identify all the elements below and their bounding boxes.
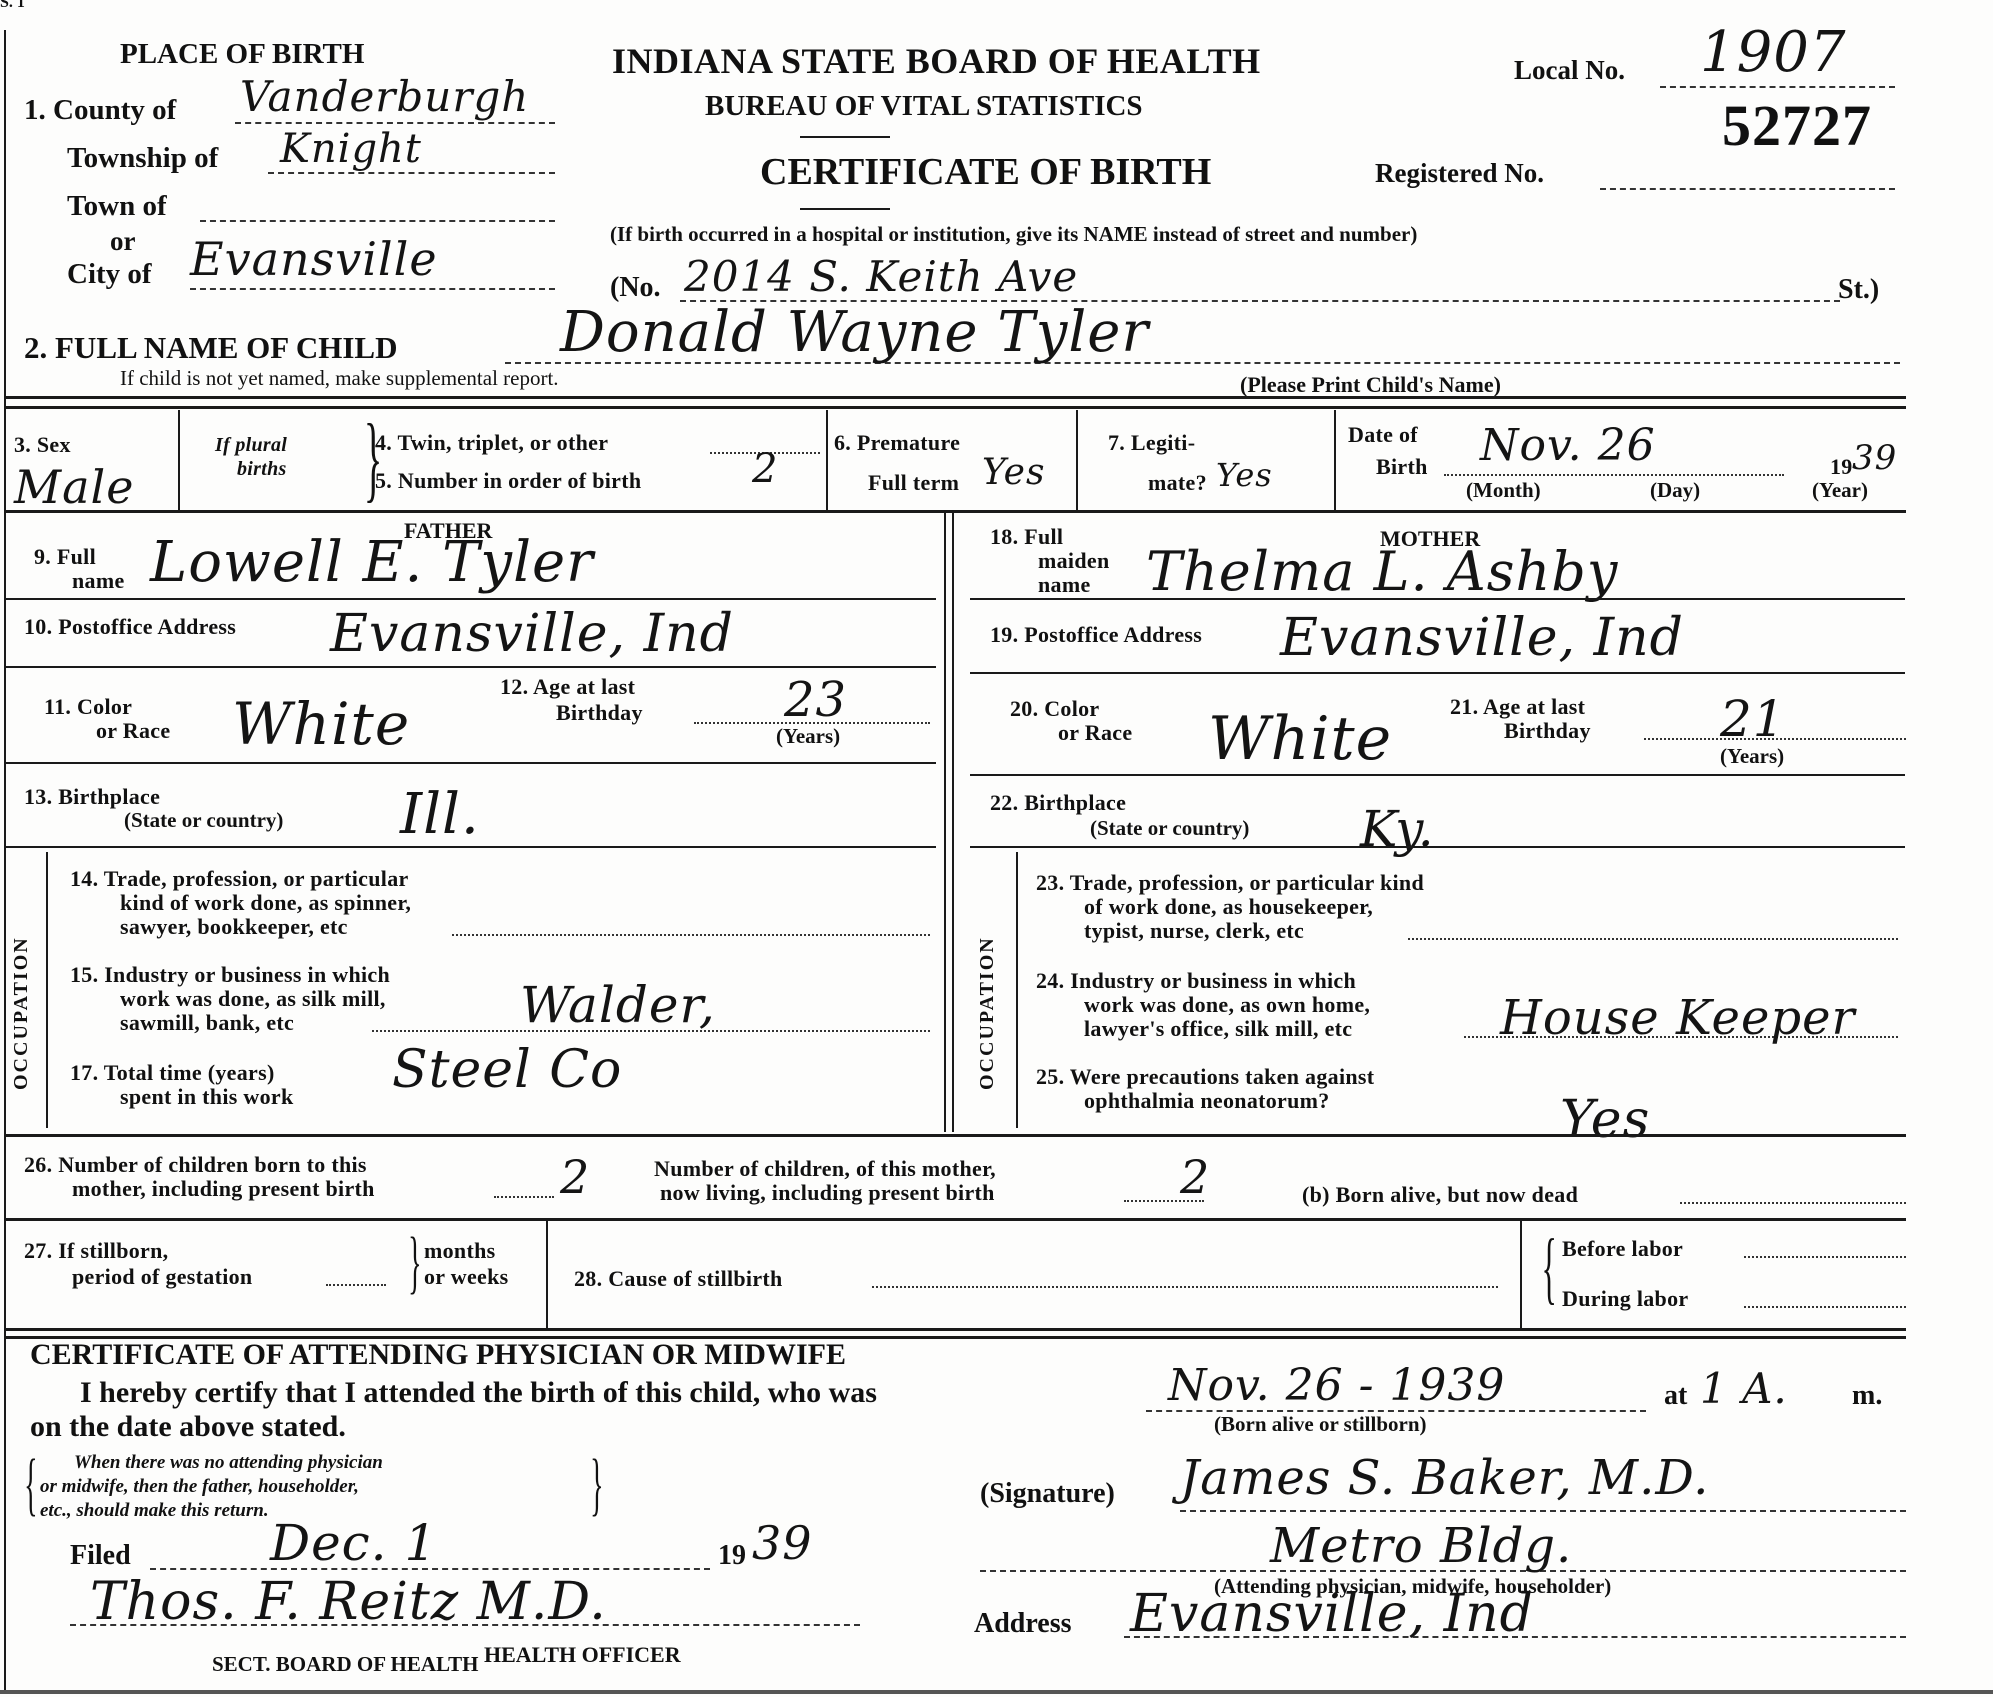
father-name-label-1: 9. Full: [34, 544, 96, 570]
month-caption: (Month): [1466, 478, 1541, 503]
born-caption: (Born alive or stillborn): [1214, 1412, 1427, 1437]
mother-address-value: Evansville, Ind: [1280, 608, 1684, 668]
mother-name-label-3: name: [1038, 572, 1091, 598]
mother-industry-label-3: lawyer's office, silk mill, etc: [1084, 1016, 1352, 1042]
note-line-3: etc., should make this return.: [40, 1500, 269, 1522]
town-label: Town of: [67, 190, 167, 223]
mother-industry-value: House Keeper: [1500, 990, 1855, 1046]
father-age-label-2: Birthday: [556, 700, 643, 726]
left-border: [4, 30, 6, 1690]
mother-precaution-value: Yes: [1560, 1090, 1650, 1150]
father-address-label: 10. Postoffice Address: [24, 614, 236, 640]
at-label: at: [1664, 1380, 1687, 1412]
physician-heading: CERTIFICATE OF ATTENDING PHYSICIAN OR MI…: [30, 1338, 846, 1372]
stamp-number: 52727: [1722, 92, 1872, 159]
signature-line: [1180, 1510, 1906, 1512]
father-name-value: Lowell E. Tyler: [150, 530, 594, 595]
before-labor-line: [1744, 1256, 1906, 1258]
title-rule-top: [800, 136, 890, 138]
print-name-note: (Please Print Child's Name): [1240, 372, 1501, 398]
corner-mark: S. 1: [0, 0, 25, 12]
father-name-label-2: name: [72, 568, 125, 594]
mother-race-label-1: 20. Color: [1010, 696, 1099, 722]
father-birthplace-label: 13. Birthplace: [24, 784, 160, 810]
father-rule-3: [6, 762, 936, 764]
before-labor-label: Before labor: [1562, 1236, 1683, 1262]
mother-precaution-label-1: 25. Were precautions taken against: [1036, 1064, 1374, 1090]
registered-no-line: [1600, 188, 1895, 190]
plural-label-2: births: [237, 458, 287, 481]
brace-labor: {: [1542, 1228, 1557, 1308]
filed-value: Dec. 1: [270, 1514, 437, 1572]
mother-name-value: Thelma L. Ashby: [1146, 540, 1618, 603]
child-name-label: 2. FULL NAME OF CHILD: [24, 330, 397, 366]
mother-occupation-side-label: OCCUPATION: [976, 936, 999, 1090]
children-living-label-2: now living, including present birth: [660, 1180, 995, 1206]
bureau-title: BUREAU OF VITAL STATISTICS: [705, 90, 1143, 123]
rule-after-births: [6, 510, 1906, 513]
father-age-value: 23: [784, 672, 847, 728]
father-occupation-side-label: OCCUPATION: [10, 936, 33, 1090]
county-line: [235, 122, 555, 124]
father-industry-label-3: sawmill, bank, etc: [120, 1010, 294, 1036]
county-value: Vanderburgh: [240, 72, 529, 121]
mother-age-label-1: 21. Age at last: [1450, 694, 1585, 720]
stillborn-label-2: period of gestation: [72, 1264, 252, 1290]
father-rule-4: [6, 846, 936, 848]
rule-after-stillbirth-1: [6, 1328, 1906, 1331]
during-labor-line: [1744, 1306, 1906, 1308]
place-of-birth-heading: PLACE OF BIRTH: [120, 38, 364, 71]
agency-title: INDIANA STATE BOARD OF HEALTH: [612, 40, 1261, 82]
mother-race-label-2: or Race: [1058, 720, 1132, 746]
mother-rule-3: [970, 774, 1905, 776]
rule-after-occupation: [6, 1134, 1906, 1137]
county-label: 1. County of: [24, 94, 176, 127]
officer-caption-1: SECT. BOARD OF HEALTH: [212, 1652, 478, 1677]
certify-text: I hereby certify that I attended the bir…: [80, 1376, 877, 1410]
father-birthplace-value: Ill.: [400, 782, 480, 847]
filed-year-prefix: 19: [718, 1540, 746, 1572]
mother-occupation-divider: [1016, 852, 1018, 1128]
father-trade-label-2: kind of work done, as spinner,: [120, 890, 411, 916]
center-divider-b: [952, 512, 954, 1132]
mother-birthplace-label: 22. Birthplace: [990, 790, 1126, 816]
mother-age-value: 21: [1720, 690, 1786, 748]
city-value: Evansville: [190, 232, 438, 286]
stillborn-line: [326, 1284, 386, 1286]
mother-age-label-2: Birthday: [1504, 718, 1591, 744]
father-race-value: White: [232, 690, 410, 758]
sex-label: 3. Sex: [14, 432, 71, 458]
legit-value: Yes: [1216, 456, 1273, 494]
mother-industry-label-2: work was done, as own home,: [1084, 992, 1370, 1018]
street-suffix: St.): [1838, 274, 1879, 306]
certificate-title: CERTIFICATE OF BIRTH: [760, 150, 1211, 194]
father-rule-1: [6, 598, 936, 600]
registered-no-label: Registered No.: [1375, 158, 1544, 189]
father-industry-label-2: work was done, as silk mill,: [120, 986, 386, 1012]
father-race-label-1: 11. Color: [44, 694, 132, 720]
mother-birthplace-sub: (State or country): [1090, 816, 1249, 841]
day-caption: (Day): [1650, 478, 1700, 503]
cause-line: [872, 1286, 1498, 1288]
full-term-label: Full term: [868, 470, 959, 496]
rule-after-children: [6, 1218, 1906, 1221]
signature-label: (Signature): [980, 1478, 1115, 1510]
dob-line: [1444, 474, 1784, 476]
mother-precaution-label-2: ophthalmia neonatorum?: [1084, 1088, 1330, 1114]
filed-label: Filed: [70, 1540, 131, 1572]
premature-label: 6. Premature: [834, 430, 960, 456]
town-line: [200, 220, 555, 222]
officer-signature: Thos. F. Reitz M.D.: [90, 1572, 607, 1632]
father-rule-2: [6, 666, 936, 668]
children-living-label-1: Number of children, of this mother,: [654, 1156, 996, 1182]
stillborn-label-1: 27. If stillborn,: [24, 1238, 168, 1264]
street-value: 2014 S. Keith Ave: [684, 252, 1078, 301]
dob-month-day: Nov. 26: [1480, 420, 1656, 471]
father-time-value: Steel Co: [392, 1040, 622, 1100]
divider-plural: [826, 410, 828, 510]
m-label: m.: [1852, 1380, 1882, 1412]
city-line: [190, 288, 555, 290]
dob-year-prefix: 19: [1830, 454, 1853, 480]
order-label: 5. Number in order of birth: [375, 468, 641, 494]
sex-value: Male: [14, 460, 134, 514]
father-time-label-1: 17. Total time (years): [70, 1060, 275, 1086]
or-label: or: [110, 226, 135, 257]
divider-cause: [1520, 1220, 1522, 1328]
dob-label-1: Date of: [1348, 422, 1418, 448]
children-born-line: [494, 1196, 554, 1198]
date-line-text: on the date above stated.: [30, 1410, 346, 1444]
note-line-2: or midwife, then the father, householder…: [40, 1476, 359, 1498]
signature-value: James S. Baker, M.D.: [1180, 1450, 1709, 1506]
mother-rule-1: [970, 598, 1905, 600]
local-no-line: [1660, 86, 1895, 88]
hospital-note: (If birth occurred in a hospital or inst…: [610, 222, 1417, 247]
mother-name-label-1: 18. Full: [990, 524, 1063, 550]
bottom-edge: [0, 1690, 1993, 1694]
units-label-2: or weeks: [424, 1264, 508, 1290]
township-value: Knight: [280, 126, 422, 172]
township-line: [268, 172, 555, 174]
father-trade-label-1: 14. Trade, profession, or particular: [70, 866, 409, 892]
mother-address-label: 19. Postoffice Address: [990, 622, 1202, 648]
physician-address-label: Address: [974, 1608, 1072, 1640]
father-race-label-2: or Race: [96, 718, 170, 744]
children-born-label-1: 26. Number of children born to this: [24, 1152, 367, 1178]
mother-trade-label-3: typist, nurse, clerk, etc: [1084, 918, 1304, 944]
year-caption: (Year): [1812, 478, 1868, 503]
twin-label: 4. Twin, triplet, or other: [375, 430, 608, 456]
brace-gestation: }: [408, 1228, 421, 1298]
father-time-label-2: spent in this work: [120, 1084, 294, 1110]
born-value: Nov. 26 - 1939: [1168, 1360, 1505, 1411]
divider-gestation: [546, 1220, 548, 1328]
during-labor-label: During labor: [1562, 1286, 1688, 1312]
rule-after-name-1: [6, 396, 1906, 399]
brace-note-left: {: [24, 1450, 37, 1520]
children-living-value: 2: [1180, 1150, 1210, 1204]
mother-years-caption: (Years): [1720, 744, 1784, 769]
local-no-label: Local No.: [1514, 55, 1625, 86]
signature-line2-value: Metro Bldg.: [1270, 1518, 1572, 1574]
father-trade-label-3: sawyer, bookkeeper, etc: [120, 914, 348, 940]
mother-name-label-2: maiden: [1038, 548, 1109, 574]
time-value: 1 A.: [1700, 1364, 1788, 1413]
divider-legit: [1334, 410, 1336, 510]
father-birthplace-sub: (State or country): [124, 808, 283, 833]
father-age-label-1: 12. Age at last: [500, 674, 635, 700]
township-label: Township of: [67, 142, 218, 175]
child-name-note: If child is not yet named, make suppleme…: [120, 366, 559, 391]
rule-after-name-2: [6, 406, 1906, 409]
filed-year-value: 39: [752, 1516, 813, 1570]
mother-race-value: White: [1208, 704, 1392, 774]
officer-caption-2: HEALTH OFFICER: [484, 1642, 681, 1668]
note-line-1: When there was no attending physician: [74, 1452, 383, 1474]
divider-sex: [178, 410, 180, 510]
center-divider-a: [944, 512, 946, 1132]
mother-birthplace-value: Ky.: [1360, 800, 1435, 858]
father-industry-value: Walder,: [520, 976, 716, 1034]
children-dead-label: (b) Born alive, but now dead: [1302, 1182, 1578, 1208]
dob-year-value: 39: [1852, 438, 1897, 478]
father-years-caption: (Years): [776, 724, 840, 749]
legit-label-2: mate?: [1148, 470, 1207, 496]
child-name-value: Donald Wayne Tyler: [560, 300, 1149, 365]
father-industry-label-1: 15. Industry or business in which: [70, 962, 390, 988]
children-dead-line: [1680, 1202, 1906, 1204]
full-term-value: Yes: [982, 452, 1045, 493]
father-trade-line: [452, 934, 930, 936]
order-value: 2: [752, 446, 778, 492]
plural-label-1: If plural: [215, 434, 287, 457]
brace-note-right: }: [590, 1450, 603, 1520]
father-address-value: Evansville, Ind: [330, 604, 734, 664]
children-born-label-2: mother, including present birth: [72, 1176, 375, 1202]
father-occupation-divider: [46, 852, 48, 1128]
mother-industry-label-1: 24. Industry or business in which: [1036, 968, 1356, 994]
mother-trade-line: [1408, 938, 1898, 940]
title-rule-bottom: [800, 208, 890, 210]
mother-trade-label-2: of work done, as housekeeper,: [1084, 894, 1373, 920]
mother-trade-label-1: 23. Trade, profession, or particular kin…: [1036, 870, 1424, 896]
physician-address-value: Evansville, Ind: [1130, 1584, 1534, 1644]
city-label: City of: [67, 258, 152, 291]
units-label-1: months: [424, 1238, 496, 1264]
divider-premature: [1076, 410, 1078, 510]
local-no-value: 1907: [1700, 20, 1847, 85]
mother-rule-2: [970, 672, 1905, 674]
mother-rule-4: [970, 846, 1905, 848]
dob-label-2: Birth: [1376, 454, 1428, 480]
legit-label-1: 7. Legiti-: [1108, 430, 1195, 456]
cause-label: 28. Cause of stillbirth: [574, 1266, 783, 1292]
children-born-value: 2: [560, 1150, 590, 1204]
